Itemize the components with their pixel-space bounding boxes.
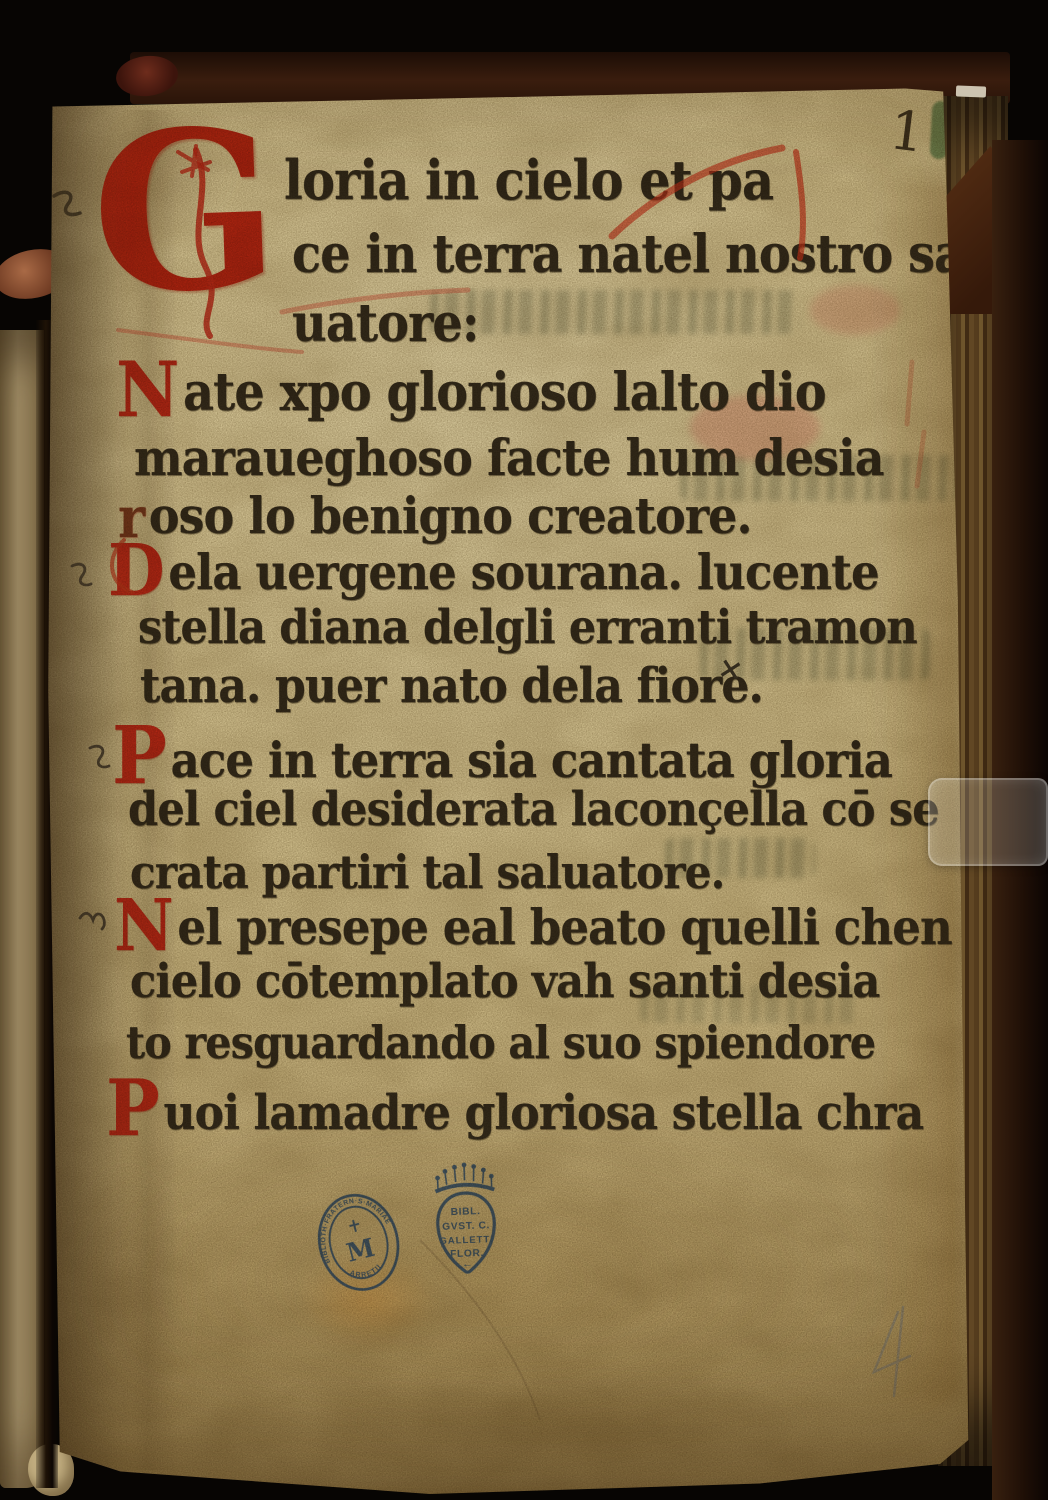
page-vignette-shading: [0, 0, 1048, 1500]
underlying-leaf-sliver: [956, 85, 986, 97]
manuscript-photo-scene: G loria in cielo et pa ce in terra natel…: [0, 0, 1048, 1500]
transparent-page-clip: [928, 778, 1048, 866]
parchment-page: G loria in cielo et pa ce in terra natel…: [0, 0, 1048, 1500]
